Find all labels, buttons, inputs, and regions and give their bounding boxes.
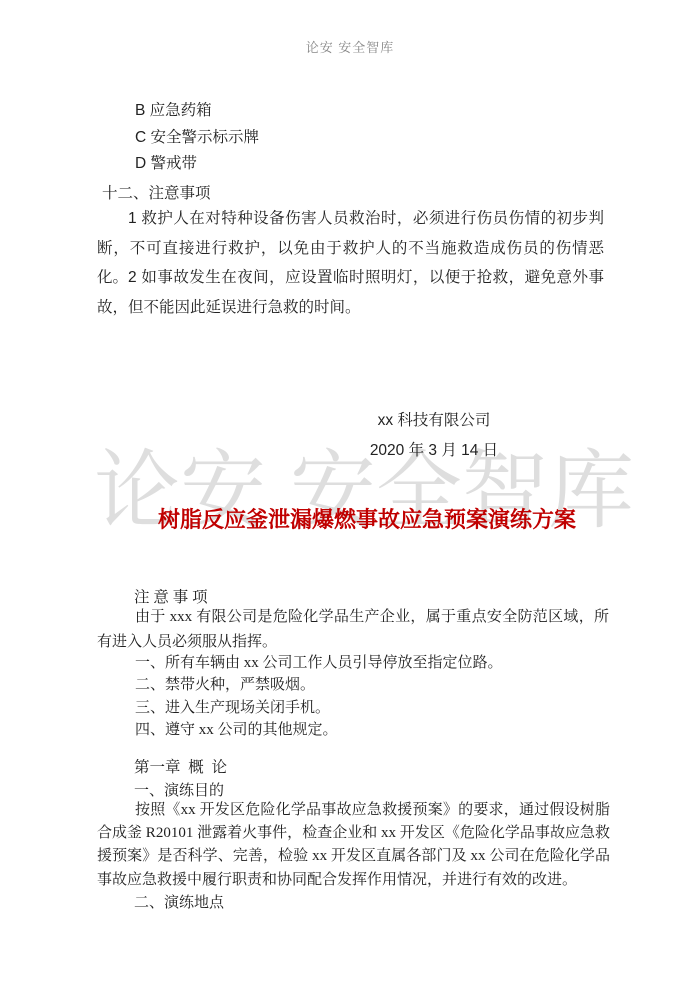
- notice-rule-3: 三、进入生产现场关闭手机。: [97, 697, 503, 719]
- option-item-d: D 警戒带: [135, 151, 259, 178]
- option-item-b: B 应急药箱: [135, 98, 259, 125]
- signature-date: 2020 年 3 月 14 日: [328, 436, 540, 466]
- section-heading-purpose: 一、演练目的: [134, 779, 224, 800]
- option-list: B 应急药箱 C 安全警示标示牌 D 警戒带: [135, 98, 259, 178]
- section-heading-location: 二、演练地点: [134, 891, 224, 912]
- option-item-c: C 安全警示标示牌: [135, 125, 259, 152]
- notice-rule-list: 一、所有车辆由 xx 公司工作人员引导停放至指定位路。 二、禁带火种，严禁吸烟。…: [97, 652, 503, 742]
- notice-intro: 由于 xxx 有限公司是危险化学品生产企业，属于重点安全防范区域，所有进入人员必…: [97, 605, 609, 654]
- header-brand-watermark: 论安 安全智库: [0, 37, 700, 56]
- document-page: 论安 安全智库 B 应急药箱 C 安全警示标示牌 D 警戒带 十二、注意事项 1…: [0, 0, 700, 990]
- paragraph-rescue-note-2: 2 如事故发生在夜间，应设置临时照明灯，以便于抢救，避免意外事故，但不能因此延误…: [97, 263, 604, 322]
- signature-company: xx 科技有限公司: [328, 406, 540, 436]
- notice-heading: 注 意 事 项: [134, 585, 208, 607]
- section-heading-notes: 十二、注意事项: [102, 181, 211, 203]
- chapter-heading: 第一章 概 论: [134, 755, 227, 777]
- paragraph-purpose: 按照《xx 开发区危险化学品事故应急救援预案》的要求，通过假设树脂合成釜 R20…: [97, 799, 610, 892]
- document-title: 树脂反应釜泄漏爆燃事故应急预案演练方案: [0, 503, 700, 534]
- signature-block: xx 科技有限公司 2020 年 3 月 14 日: [328, 406, 540, 466]
- notice-rule-2: 二、禁带火种，严禁吸烟。: [97, 674, 503, 696]
- notice-rule-4: 四、遵守 xx 公司的其他规定。: [97, 719, 503, 741]
- notice-rule-1: 一、所有车辆由 xx 公司工作人员引导停放至指定位路。: [97, 652, 503, 674]
